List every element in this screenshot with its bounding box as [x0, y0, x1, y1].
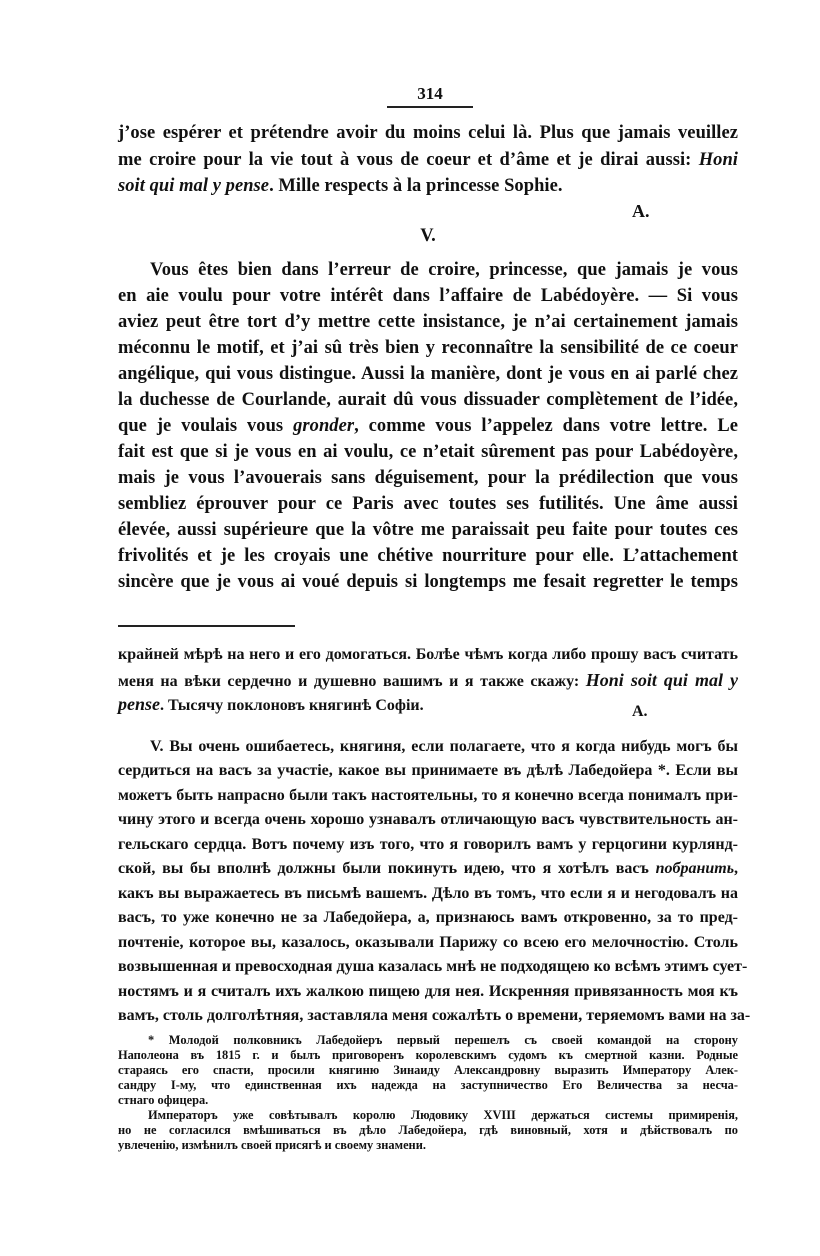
text-line: Vous êtes bien dans l’erreur de croire, … [150, 260, 738, 281]
signature: A. [632, 703, 648, 721]
text-line: sincère que je vous ai voué depuis si lo… [118, 572, 738, 593]
text-line: me croire pour la vie tout à vous de coe… [118, 150, 738, 171]
text-line: mais je vous l’avouerais sans déguisemen… [118, 468, 738, 489]
text-line: en aie voulu pour votre intérêt dans l’a… [118, 286, 738, 307]
text-span: меня на вѣки сердечно и душевно вашимъ и… [118, 673, 586, 690]
italic-text: Honi [699, 150, 738, 170]
italic-text: gronder [293, 416, 354, 436]
text-line: aviez peut être tort d’y mettre cette in… [118, 312, 738, 333]
text-line: почтеніе, которое вы, казалось, оказывал… [118, 934, 738, 952]
text-line: гельскаго сердца. Вотъ почему изъ того, … [118, 836, 738, 854]
text-line: крайней мѣрѣ на него и его домогаться. Б… [118, 646, 738, 664]
header-rule [387, 106, 473, 108]
text-line: сердиться на васъ за участіе, какое вы п… [118, 762, 738, 780]
footnote-line: * Молодой полковникъ Лабедойеръ первый п… [148, 1033, 738, 1048]
text-line: frivolités et je les croyais une chétive… [118, 546, 738, 567]
italic-text: Honi soit qui mal y [586, 670, 738, 690]
text-span: que je voulais vous [118, 416, 293, 436]
text-line: soit qui mal y pense. Mille respects à l… [118, 176, 738, 197]
page-number: 314 [387, 84, 473, 104]
text-span: . Тысячу поклоновъ княгинѣ Софіи. [160, 697, 424, 714]
text-span: me croire pour la vie tout à vous de coe… [118, 150, 699, 170]
footnote-line: сандру I-му, что единственная ихъ надежд… [118, 1078, 738, 1093]
section-divider [118, 625, 295, 627]
text-span: , comme vous l’appelez dans votre lettre… [354, 416, 738, 436]
text-line: вамъ, столь долголѣтняя, заставляла меня… [118, 1007, 738, 1025]
text-line: angélique, qui vous distingue. Aussi la … [118, 364, 738, 385]
footnote-line: стараясь его спасти, просили княгиню Зин… [118, 1063, 738, 1078]
text-line: élevée, aussi supérieure que la vôtre me… [118, 520, 738, 541]
footnote-line: стнаго офицера. [118, 1093, 738, 1108]
text-span: , [734, 860, 738, 877]
text-line: V. Вы очень ошибаетесь, княгиня, если по… [150, 738, 738, 756]
text-line: васъ, то уже конечно не за Лабедойера, а… [118, 909, 738, 927]
text-line: чину этого и всегда очень хорошо узнавал… [118, 811, 738, 829]
text-span: ской, вы бы вполнѣ должны были покинуть … [118, 860, 656, 877]
text-line: que je voulais vous gronder, comme vous … [118, 416, 738, 437]
italic-text: pense [118, 694, 160, 714]
footnote-line: но не согласился вмѣшиваться въ дѣло Лаб… [118, 1123, 738, 1138]
text-line: la duchesse de Courlande, aurait dû vous… [118, 390, 738, 411]
text-line: меня на вѣки сердечно и душевно вашимъ и… [118, 670, 738, 691]
text-line: можетъ быть напрасно были такъ настоятел… [118, 787, 738, 805]
text-line: sembliez éprouver pour ce Paris avec tou… [118, 494, 738, 515]
text-line: j’ose espérer et prétendre avoir du moin… [118, 123, 738, 144]
text-line: ской, вы бы вполнѣ должны были покинуть … [118, 860, 738, 878]
text-line: ностямъ и я считалъ ихъ жалкою пищею для… [118, 983, 738, 1001]
footnote-line: Наполеона въ 1815 г. и былъ приговоренъ … [118, 1048, 738, 1063]
italic-text: побранить [656, 860, 734, 877]
footnote-line: увлеченію, измѣнилъ своей присягѣ и свое… [118, 1138, 738, 1153]
section-heading: V. [118, 226, 738, 247]
text-line: fait est que si je vous en ai voulu, ce … [118, 442, 738, 463]
footnote-line: Императоръ уже совѣтывалъ королю Людовик… [148, 1108, 738, 1123]
italic-text: soit qui mal y pense [118, 176, 269, 196]
text-line: какъ вы выражаетесь въ письмѣ вашемъ. Дѣ… [118, 885, 738, 903]
text-line: méconnu le motif, et j’ai sû très bien y… [118, 338, 738, 359]
signature: A. [632, 201, 650, 222]
text-line: возвышенная и превосходная душа казалась… [118, 958, 738, 976]
text-span: . Mille respects à la princesse Sophie. [269, 176, 562, 196]
